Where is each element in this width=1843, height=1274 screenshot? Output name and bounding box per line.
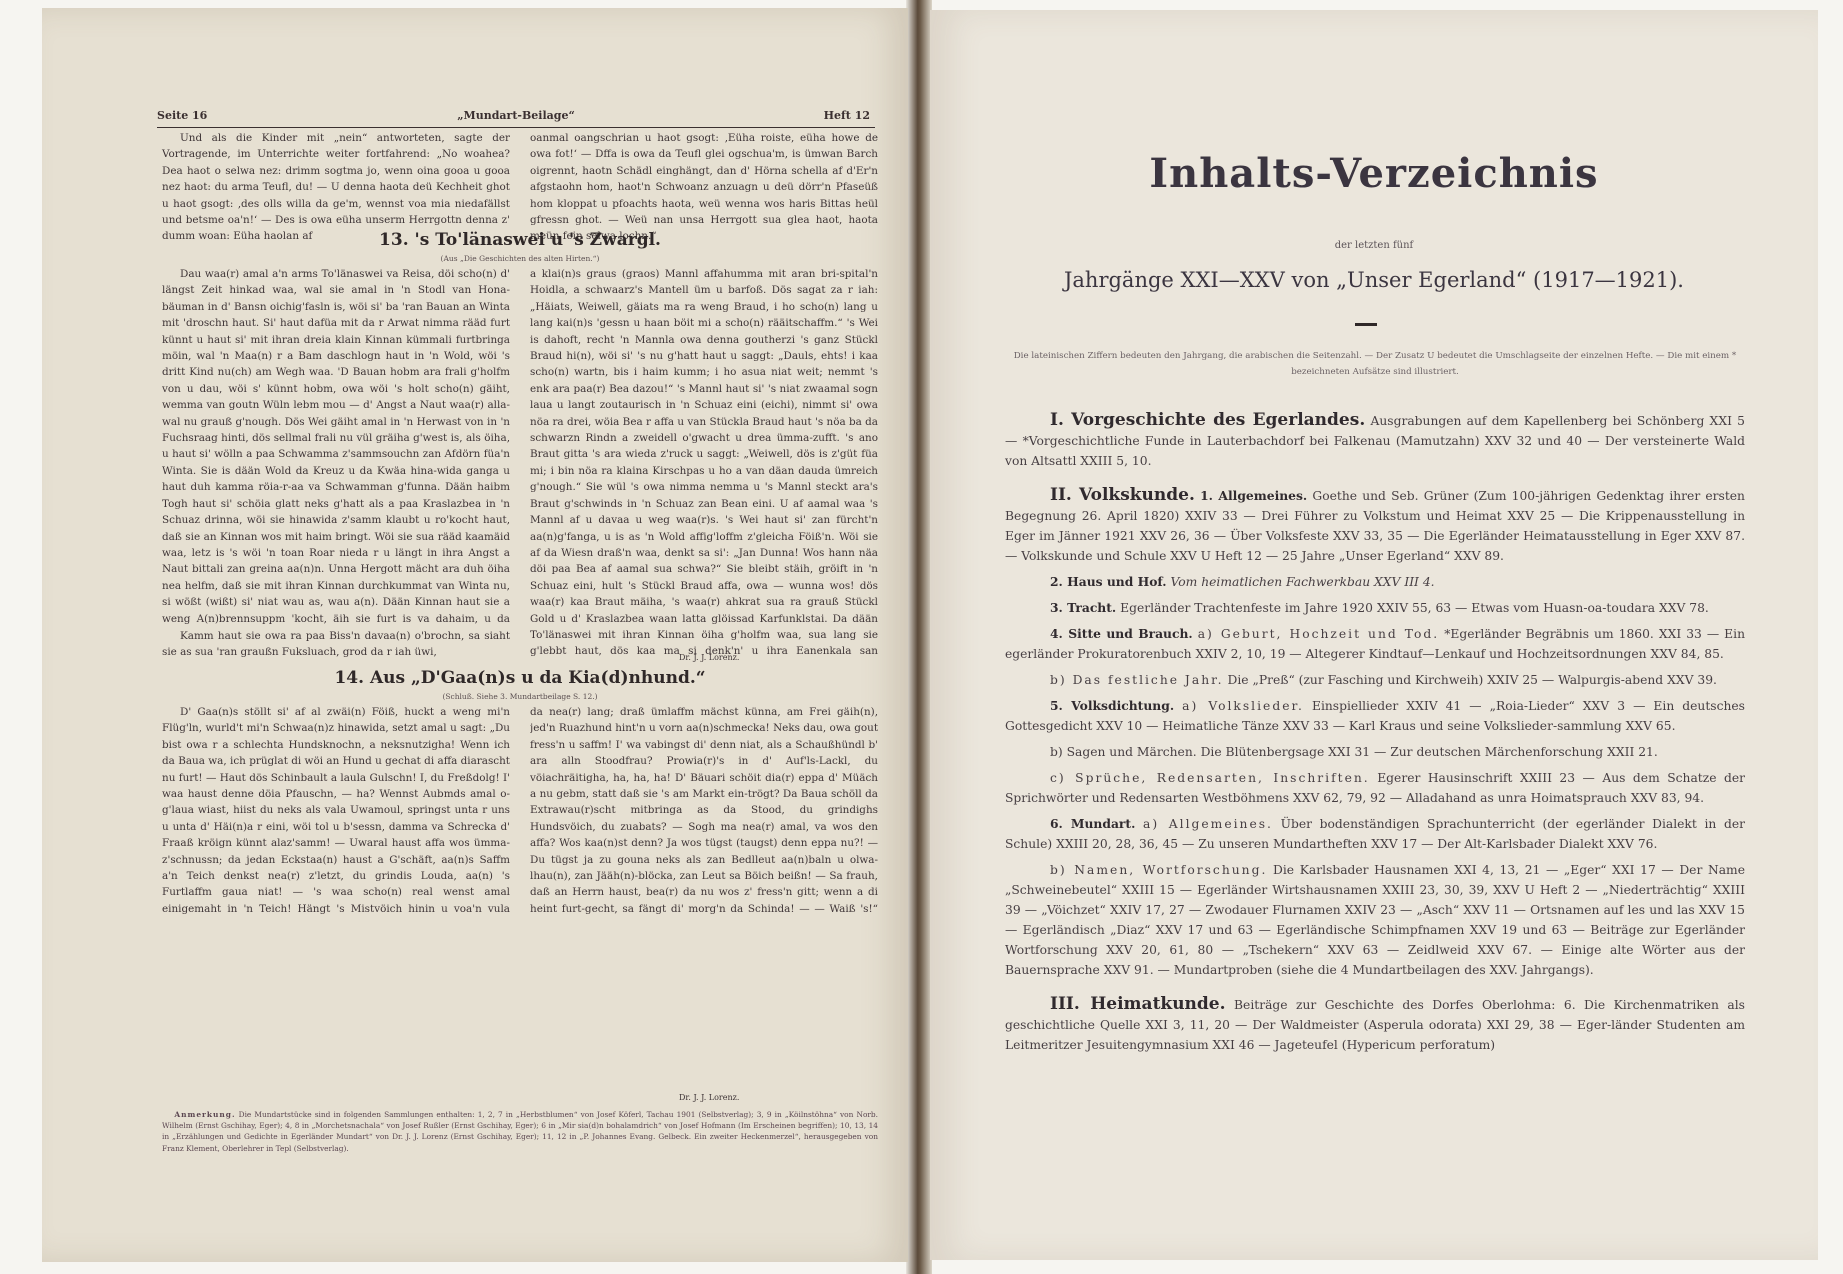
section-heading: II. Volkskunde. — [1050, 485, 1195, 505]
subsection-text: Die Karlsbader Hausnamen XXI 4, 13, 21 —… — [1005, 863, 1745, 977]
supplement-title: „Mundart-Beilage“ — [157, 109, 875, 122]
left-page: Seite 16 „Mundart-Beilage“ Heft 12 Und a… — [42, 8, 908, 1262]
subsection-label: a) Geburt, Hochzeit und Tod. — [1198, 627, 1440, 641]
intro-columns: Und als die Kinder mit „nein“ antwortete… — [162, 130, 878, 245]
story-14-paragraph: D' Gaa(n)s stöllt si' af al zwäi(n) Föiß… — [162, 704, 510, 920]
subsection-label: b) Das festliche Jahr. — [1050, 673, 1224, 687]
intro-paragraph: oanmal oangschrian u haot gsogt: ‚Eüha r… — [530, 130, 878, 245]
footnote-label: Anmerkung. — [174, 1110, 235, 1119]
issue-number: Heft 12 — [824, 109, 870, 122]
story-14-source: (Schluß. Siehe 3. Mundartbeilage S. 12.) — [162, 692, 878, 701]
title-rule — [1355, 323, 1377, 326]
toc-section-2-4b: b) Das festliche Jahr. Die „Preß“ (zur F… — [1005, 670, 1745, 690]
subsection-label: a) Volkslieder. — [1182, 699, 1304, 713]
toc-section-1: I. Vorgeschichte des Egerlandes. Ausgrab… — [1005, 410, 1745, 471]
right-page: Inhalts-Verzeichnis der letzten fünf Jah… — [930, 10, 1818, 1260]
story-13-signature: Dr. J. J. Lorenz. — [679, 653, 739, 662]
intro-column-left: Und als die Kinder mit „nein“ antwortete… — [162, 130, 510, 245]
subsection-label: b) Namen, Wortforschung. — [1050, 863, 1267, 877]
subsection-heading: 3. Tracht. — [1050, 600, 1116, 615]
story-14-column-left: D' Gaa(n)s stöllt si' af al zwäi(n) Föiß… — [162, 704, 510, 920]
subsection-label: a) Allgemeines. — [1143, 817, 1273, 831]
toc-section-2-4a: 4. Sitte und Brauch. a) Geburt, Hochzeit… — [1005, 624, 1745, 664]
subsection-label: b) Sagen und Märchen. — [1050, 745, 1197, 759]
subsection-heading: 2. Haus und Hof. — [1050, 574, 1167, 589]
toc-section-2-5a: 5. Volksdichtung. a) Volkslieder. Einspi… — [1005, 696, 1745, 736]
subsection-text: Die Blütenbergsage XXI 31 — Zur deutsche… — [1201, 745, 1658, 759]
subsection-heading: 6. Mundart. — [1050, 816, 1135, 831]
toc-section-2-6a: 6. Mundart. a) Allgemeines. Über bodenst… — [1005, 814, 1745, 854]
toc-body: I. Vorgeschichte des Egerlandes. Ausgrab… — [1005, 410, 1745, 1061]
story-14-columns: D' Gaa(n)s stöllt si' af al zwäi(n) Föiß… — [162, 704, 878, 920]
running-header: Seite 16 „Mundart-Beilage“ Heft 12 — [157, 105, 875, 128]
book-spine — [906, 0, 932, 1274]
story-13-paragraph: a klai(n)s graus (graos) Mannl affahumma… — [530, 266, 878, 660]
section-heading: I. Vorgeschichte des Egerlandes. — [1050, 410, 1365, 430]
subsection-heading: 4. Sitte und Brauch. — [1050, 626, 1193, 641]
story-13-paragraph-end: Kamm haut sie owa ra paa Biss'n davaa(n)… — [162, 628, 510, 661]
subsection-heading: 5. Volksdichtung. — [1050, 698, 1174, 713]
story-14-paragraph: da nea(r) lang; draß ümlaffm mächst künn… — [530, 704, 878, 920]
subsection-text: Die „Preß“ (zur Fasching und Kirchweih) … — [1227, 673, 1716, 687]
story-13-paragraph: Dau waa(r) amal a'n arms To'länaswei va … — [162, 266, 510, 628]
intro-paragraph: Und als die Kinder mit „nein“ antwortete… — [162, 130, 510, 245]
toc-section-3: III. Heimatkunde. Beiträge zur Geschicht… — [1005, 994, 1745, 1055]
subsection-text: Vom heimatlichen Fachwerkbau XXV III 4. — [1170, 575, 1434, 589]
toc-note: Die lateinischen Ziffern bedeuten den Ja… — [1005, 348, 1745, 380]
footnote: Anmerkung. Die Mundartstücke sind in fol… — [162, 1109, 878, 1154]
story-14-signature: Dr. J. J. Lorenz. — [679, 1093, 739, 1102]
story-13-columns: Dau waa(r) amal a'n arms To'länaswei va … — [162, 266, 878, 661]
toc-section-2-5b: b) Sagen und Märchen. Die Blütenbergsage… — [1005, 742, 1745, 762]
story-13-column-right: a klai(n)s graus (graos) Mannl affahumma… — [530, 266, 878, 661]
toc-title: Inhalts-Verzeichnis — [930, 150, 1818, 197]
story-13-title: 13. 's To'länaswei u 's Zwargl. — [162, 230, 878, 250]
footnote-text: Die Mundartstücke sind in folgenden Samm… — [162, 1110, 878, 1153]
section-heading: III. Heimatkunde. — [1050, 994, 1226, 1014]
subsection-text: Egerländer Trachtenfeste im Jahre 1920 X… — [1120, 601, 1709, 615]
subsection-label: c) Sprüche, Redensarten, Inschriften. — [1050, 771, 1370, 785]
intro-column-right: oanmal oangschrian u haot gsogt: ‚Eüha r… — [530, 130, 878, 245]
toc-section-2-3: 3. Tracht. Egerländer Trachtenfeste im J… — [1005, 598, 1745, 618]
toc-section-2-6b: b) Namen, Wortforschung. Die Karlsbader … — [1005, 860, 1745, 980]
story-14-title: 14. Aus „D'Gaa(n)s u da Kia(d)nhund.“ — [162, 668, 878, 688]
story-13-source: (Aus „Die Geschichten des alten Hirten.“… — [162, 254, 878, 263]
toc-section-2-2: 2. Haus und Hof. Vom heimatlichen Fachwe… — [1005, 572, 1745, 592]
toc-section-2-1: II. Volkskunde. 1. Allgemeines. Goethe u… — [1005, 485, 1745, 566]
toc-subtitle-small: der letzten fünf — [930, 240, 1818, 251]
story-13-column-left: Dau waa(r) amal a'n arms To'länaswei va … — [162, 266, 510, 661]
toc-subtitle-large: Jahrgänge XXI—XXV von „Unser Egerland“ (… — [930, 268, 1818, 292]
story-14-column-right: da nea(r) lang; draß ümlaffm mächst künn… — [530, 704, 878, 920]
toc-section-2-5c: c) Sprüche, Redensarten, Inschriften. Eg… — [1005, 768, 1745, 808]
subsection-heading: 1. Allgemeines. — [1200, 488, 1307, 503]
